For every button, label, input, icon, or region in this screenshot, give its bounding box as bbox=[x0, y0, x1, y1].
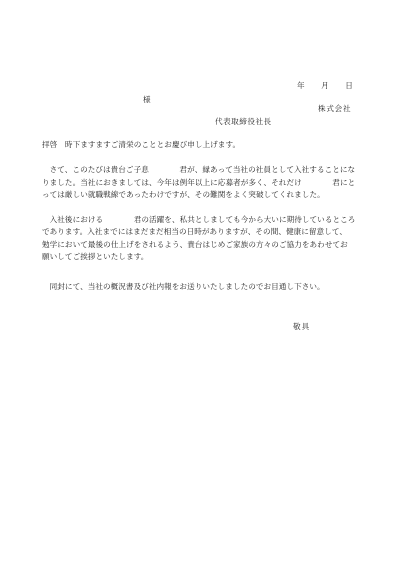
body-line: さて、このたびは貴台ご子息 君が、縁あって当社の社員として入社することにな bbox=[42, 166, 355, 174]
body-line: であります。入社までにはまだまだ相当の日時がありますが、その間、健康に留意して、 bbox=[42, 228, 347, 236]
body-line: 願いしてご挨拶といたします。 bbox=[42, 253, 148, 261]
body-line: りました。当社におきましては、今年は例年以上に応募者が多く、それだけ 君にと bbox=[42, 179, 355, 187]
body-line-salutation: 拝啓 時下ますますご清栄のこととお慶び申し上げます。 bbox=[42, 141, 240, 149]
day-label: 日 bbox=[345, 82, 353, 90]
body-line: っては厳しい就職戦線であったわけですが、その難関をよく突破してくれました。 bbox=[42, 191, 325, 199]
year-label: 年 bbox=[297, 82, 305, 90]
closing-keigu: 敬具 bbox=[293, 323, 310, 331]
sender-company: 株式会社 bbox=[318, 105, 351, 113]
body-line-enclosure: 同封にて、当社の概況書及び社内報をお送りいたしましたのでお目通し下さい。 bbox=[42, 283, 325, 291]
sender-title: 代表取締役社長 bbox=[215, 118, 272, 126]
body-line: 入社後における 君の活躍を、私共としましても今から大いに期待しているところ bbox=[42, 216, 355, 224]
body-line: 勉学において最後の仕上げをされるよう、貴台はじめご家族の方々のご協力をあわせてお bbox=[42, 241, 348, 249]
month-label: 月 bbox=[321, 82, 329, 90]
recipient-honorific: 様 bbox=[143, 96, 151, 104]
letter-page: 年 月 日 様 株式会社 代表取締役社長 拝啓 時下ますますご清栄のこととお慶び… bbox=[0, 0, 400, 565]
date-line: 年 月 日 bbox=[297, 82, 353, 90]
